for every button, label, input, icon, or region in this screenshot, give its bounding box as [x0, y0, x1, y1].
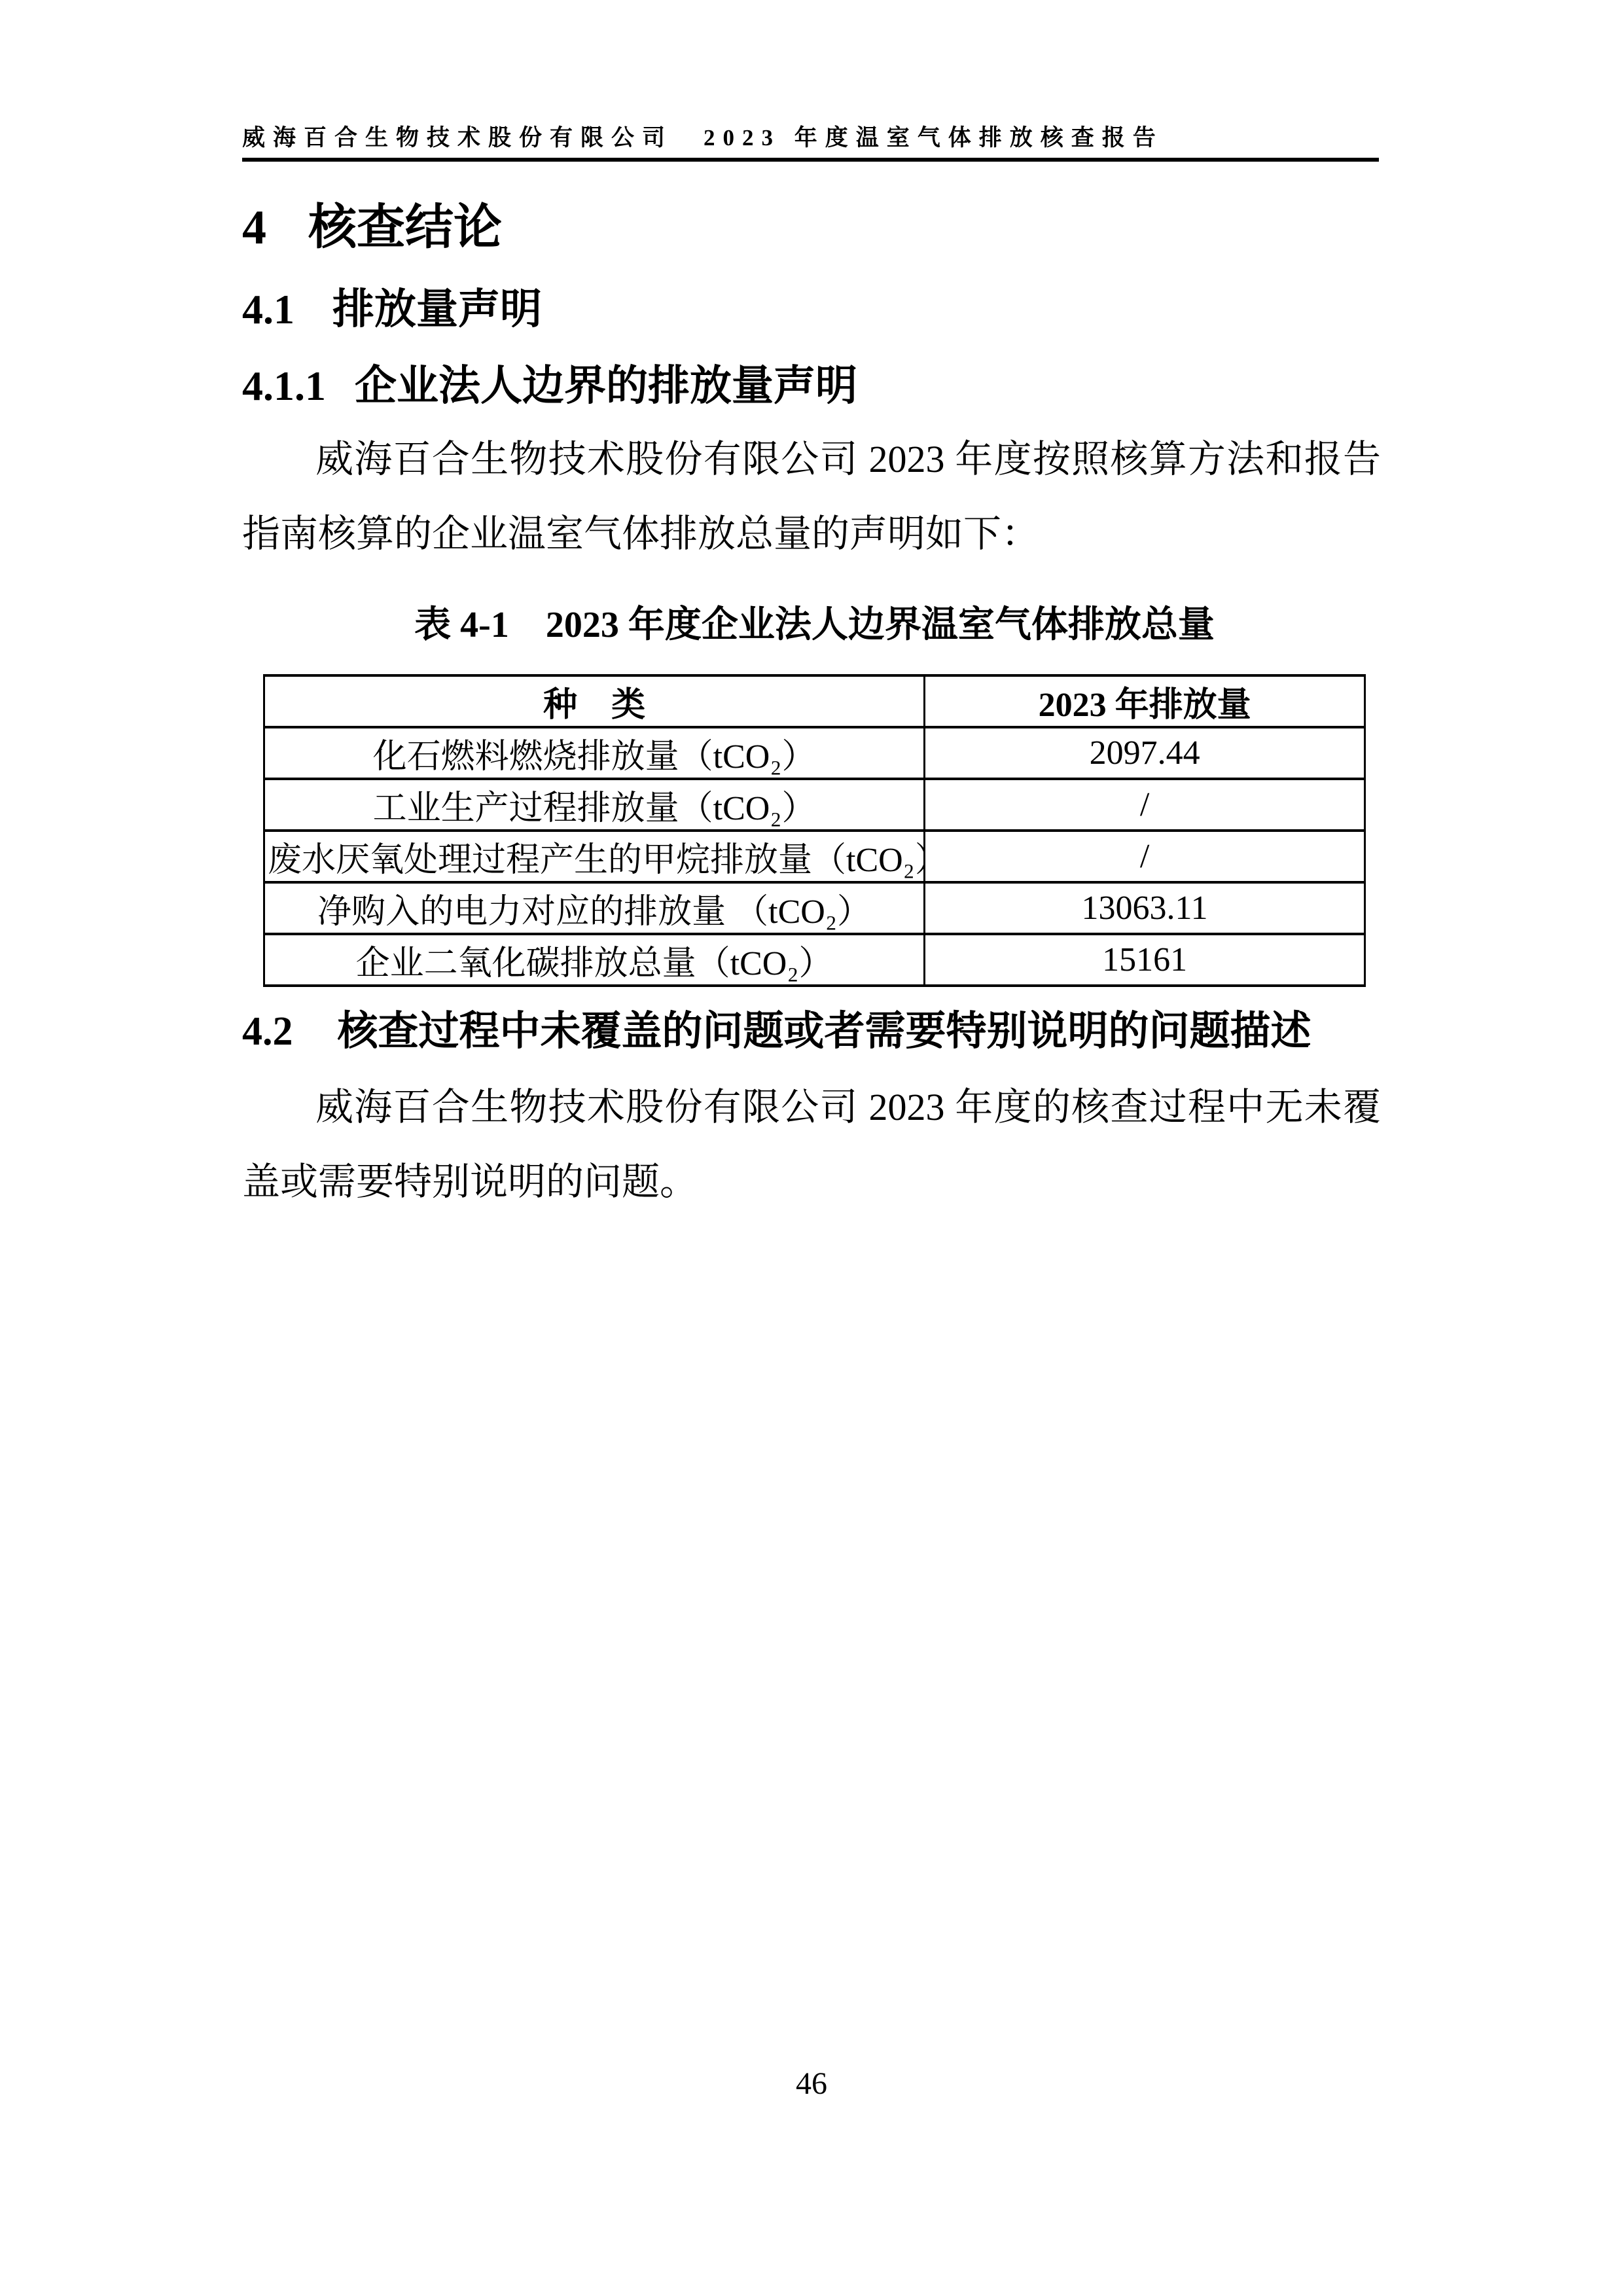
heading-title: 核查过程中未覆盖的问题或者需要特别说明的问题描述 — [338, 1009, 1311, 1054]
paragraph-line: 盖或需要特别说明的问题。 — [242, 1145, 1381, 1219]
category-cell: 净购入的电力对应的排放量 （tCO₂） — [264, 882, 925, 934]
paragraph-emission-statement: 威海百合生物技术股份有限公司 2023 年度按照核算方法和报告 指南核算的企业温… — [242, 422, 1381, 571]
paragraph-line: 指南核算的企业温室气体排放总量的声明如下： — [242, 497, 1381, 571]
emissions-table: 种 类 2023 年排放量 化石燃料燃烧排放量（tCO₂） 2097.44 工业… — [263, 674, 1366, 987]
heading-number: 4.1.1 — [242, 363, 326, 409]
table-row: 净购入的电力对应的排放量 （tCO₂） 13063.11 — [264, 882, 1365, 934]
paragraph-uncovered-issues: 威海百合生物技术股份有限公司 2023 年度的核查过程中无未覆 盖或需要特别说明… — [242, 1070, 1381, 1219]
value-cell: 13063.11 — [925, 882, 1365, 934]
category-cell: 企业二氧化碳排放总量（tCO₂） — [264, 934, 925, 986]
heading-title: 企业法人边界的排放量声明 — [355, 363, 857, 409]
section-heading-4-1-1: 4.1.1企业法人边界的排放量声明 — [242, 362, 857, 410]
table-row: 废水厌氧处理过程产生的甲烷排放量（tCO₂） / — [264, 831, 1365, 882]
heading-title: 排放量声明 — [332, 286, 542, 332]
table-header-row: 种 类 2023 年排放量 — [264, 675, 1365, 727]
heading-title: 核查结论 — [308, 201, 502, 255]
value-cell: / — [925, 779, 1365, 831]
running-head-divider — [242, 158, 1379, 162]
section-heading-4: 4核查结论 — [242, 200, 502, 255]
heading-number: 4.1 — [242, 286, 294, 332]
category-cell: 化石燃料燃烧排放量（tCO₂） — [264, 727, 925, 779]
section-heading-4-1: 4.1排放量声明 — [242, 285, 542, 334]
category-cell: 废水厌氧处理过程产生的甲烷排放量（tCO₂） — [264, 831, 925, 882]
table-row: 化石燃料燃烧排放量（tCO₂） 2097.44 — [264, 727, 1365, 779]
heading-number: 4.2 — [242, 1009, 293, 1054]
value-cell: 2097.44 — [925, 727, 1365, 779]
header-cell-category: 种 类 — [264, 675, 925, 727]
table-row: 企业二氧化碳排放总量（tCO₂） 15161 — [264, 934, 1365, 986]
section-heading-4-2: 4.2核查过程中未覆盖的问题或者需要特别说明的问题描述 — [242, 1008, 1311, 1055]
paragraph-line: 威海百合生物技术股份有限公司 2023 年度的核查过程中无未覆 — [242, 1070, 1381, 1145]
page-number: 46 — [0, 2067, 1623, 2101]
header-cell-year-emission: 2023 年排放量 — [925, 675, 1365, 727]
table-caption: 表 4-1 2023 年度企业法人边界温室气体排放总量 — [263, 603, 1366, 647]
value-cell: / — [925, 831, 1365, 882]
running-head: 威海百合生物技术股份有限公司 2023 年度温室气体排放核查报告 — [242, 120, 1381, 152]
table-row: 工业生产过程排放量（tCO₂） / — [264, 779, 1365, 831]
paragraph-line: 威海百合生物技术股份有限公司 2023 年度按照核算方法和报告 — [242, 422, 1381, 497]
heading-number: 4 — [242, 201, 266, 255]
value-cell: 15161 — [925, 934, 1365, 986]
report-page: 威海百合生物技术股份有限公司 2023 年度温室气体排放核查报告 4核查结论 4… — [0, 0, 1623, 2296]
category-cell: 工业生产过程排放量（tCO₂） — [264, 779, 925, 831]
